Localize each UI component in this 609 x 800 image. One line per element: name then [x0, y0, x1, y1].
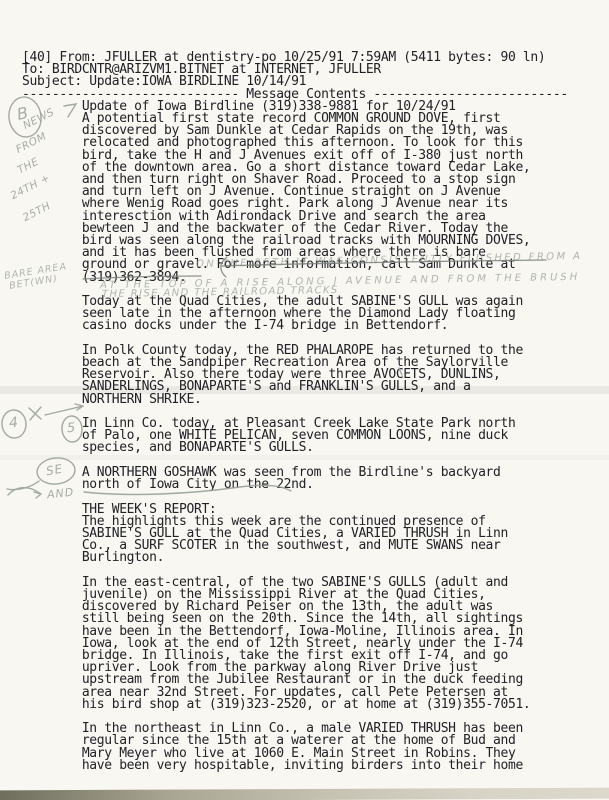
message-body: Update of Iowa Birdline (319)338-9881 fo…	[22, 101, 530, 772]
scanned-email-page: [40] From: JFULLER at dentistry-po 10/25…	[0, 0, 609, 800]
annotation-circled-4: 4	[8, 415, 19, 432]
email-header: [40] From: JFULLER at dentistry-po 10/25…	[22, 52, 568, 101]
scan-bottom-edge	[0, 788, 609, 800]
